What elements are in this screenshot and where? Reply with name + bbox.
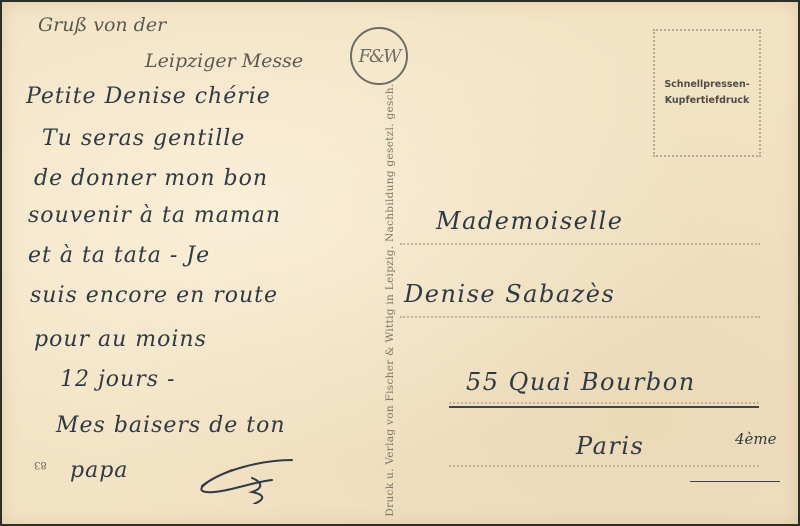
message-line: souvenir à ta maman bbox=[28, 203, 281, 228]
address-salutation: Mademoiselle bbox=[436, 207, 623, 235]
publisher-imprint-text: Druck u. Verlag von Fischer & Wittig in … bbox=[384, 83, 396, 516]
signature-icon bbox=[192, 452, 302, 504]
card-number: 83 bbox=[34, 459, 47, 470]
arrondissement-underline bbox=[690, 481, 780, 482]
printed-greeting-line-2: Leipziger Messe bbox=[145, 50, 303, 72]
message-line: Tu seras gentille bbox=[42, 126, 245, 151]
address-arrondissement: 4ème bbox=[735, 430, 777, 448]
message-line: Petite Denise chérie bbox=[26, 84, 271, 109]
message-line: de donner mon bon bbox=[34, 166, 268, 191]
address-rule bbox=[449, 402, 759, 404]
postcard: Gruß von der Leipziger Messe F&W Schnell… bbox=[0, 0, 800, 526]
street-underline bbox=[449, 406, 759, 408]
message-line: papa bbox=[70, 458, 128, 483]
printed-greeting-line-1: Gruß von der bbox=[38, 14, 166, 36]
stamp-box-line-1: Schnellpressen- bbox=[664, 77, 749, 93]
address-rule bbox=[449, 465, 759, 467]
stamp-box: Schnellpressen- Kupfertiefdruck bbox=[653, 29, 761, 157]
message-line: suis encore en route bbox=[30, 283, 278, 308]
address-rule bbox=[400, 316, 760, 318]
message-line: et à ta tata - Je bbox=[28, 243, 210, 268]
message-line: Mes baisers de ton bbox=[56, 413, 286, 438]
address-rule bbox=[400, 243, 760, 245]
publisher-monogram-icon: F&W bbox=[350, 27, 408, 85]
stamp-box-line-2: Kupfertiefdruck bbox=[665, 93, 750, 109]
message-line: pour au moins bbox=[34, 327, 207, 352]
address-city: Paris bbox=[576, 432, 644, 460]
address-name: Denise Sabazès bbox=[404, 280, 615, 308]
message-line: 12 jours - bbox=[60, 367, 175, 392]
address-street: 55 Quai Bourbon bbox=[466, 368, 696, 396]
